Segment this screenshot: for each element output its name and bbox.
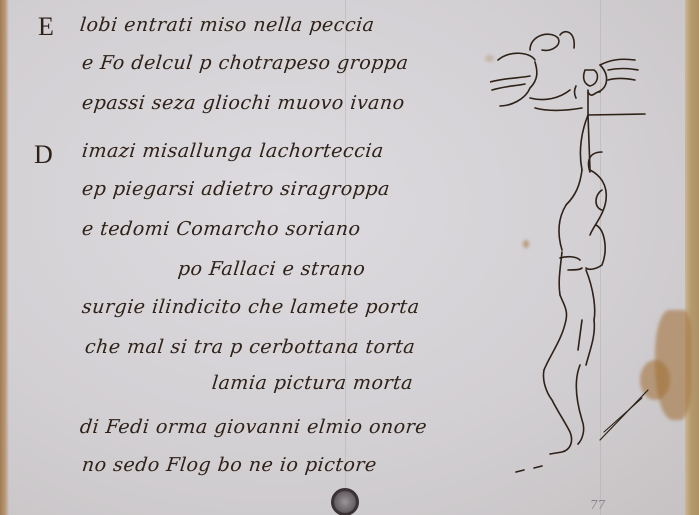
verse-line: imazi misallunga lachorteccia <box>81 140 385 162</box>
verse-line: no sedo Flog bo ne io pictore <box>81 454 378 476</box>
verse-line: e Fo delcul p chotrapeso groppa <box>81 52 410 74</box>
folio-number: 77 <box>590 498 605 512</box>
verse-line: di Fedi orma giovanni elmio onore <box>79 416 428 438</box>
verse-line: e tedomi Comarcho soriano <box>81 218 362 240</box>
initial-letter: E <box>38 12 54 42</box>
verse-line: ep piegarsi adietro siragroppa <box>81 178 391 200</box>
figure-sketch <box>490 20 690 500</box>
verse-line: epassi seza gliochi muovo ivano <box>81 92 406 114</box>
verse-line: po Fallaci e strano <box>177 258 367 280</box>
verse-line: surgie ilindicito che lamete porta <box>81 296 421 318</box>
verse-line: lamia pictura morta <box>211 372 414 394</box>
manuscript-page: E D lobi entrati miso nella peccia e Fo … <box>0 0 699 515</box>
library-stamp <box>331 488 359 515</box>
initial-letter: D <box>34 140 53 170</box>
paper-left-edge <box>0 0 9 515</box>
verse-line: lobi entrati miso nella peccia <box>79 14 376 36</box>
verse-line: che mal si tra p cerbottana torta <box>84 336 416 358</box>
